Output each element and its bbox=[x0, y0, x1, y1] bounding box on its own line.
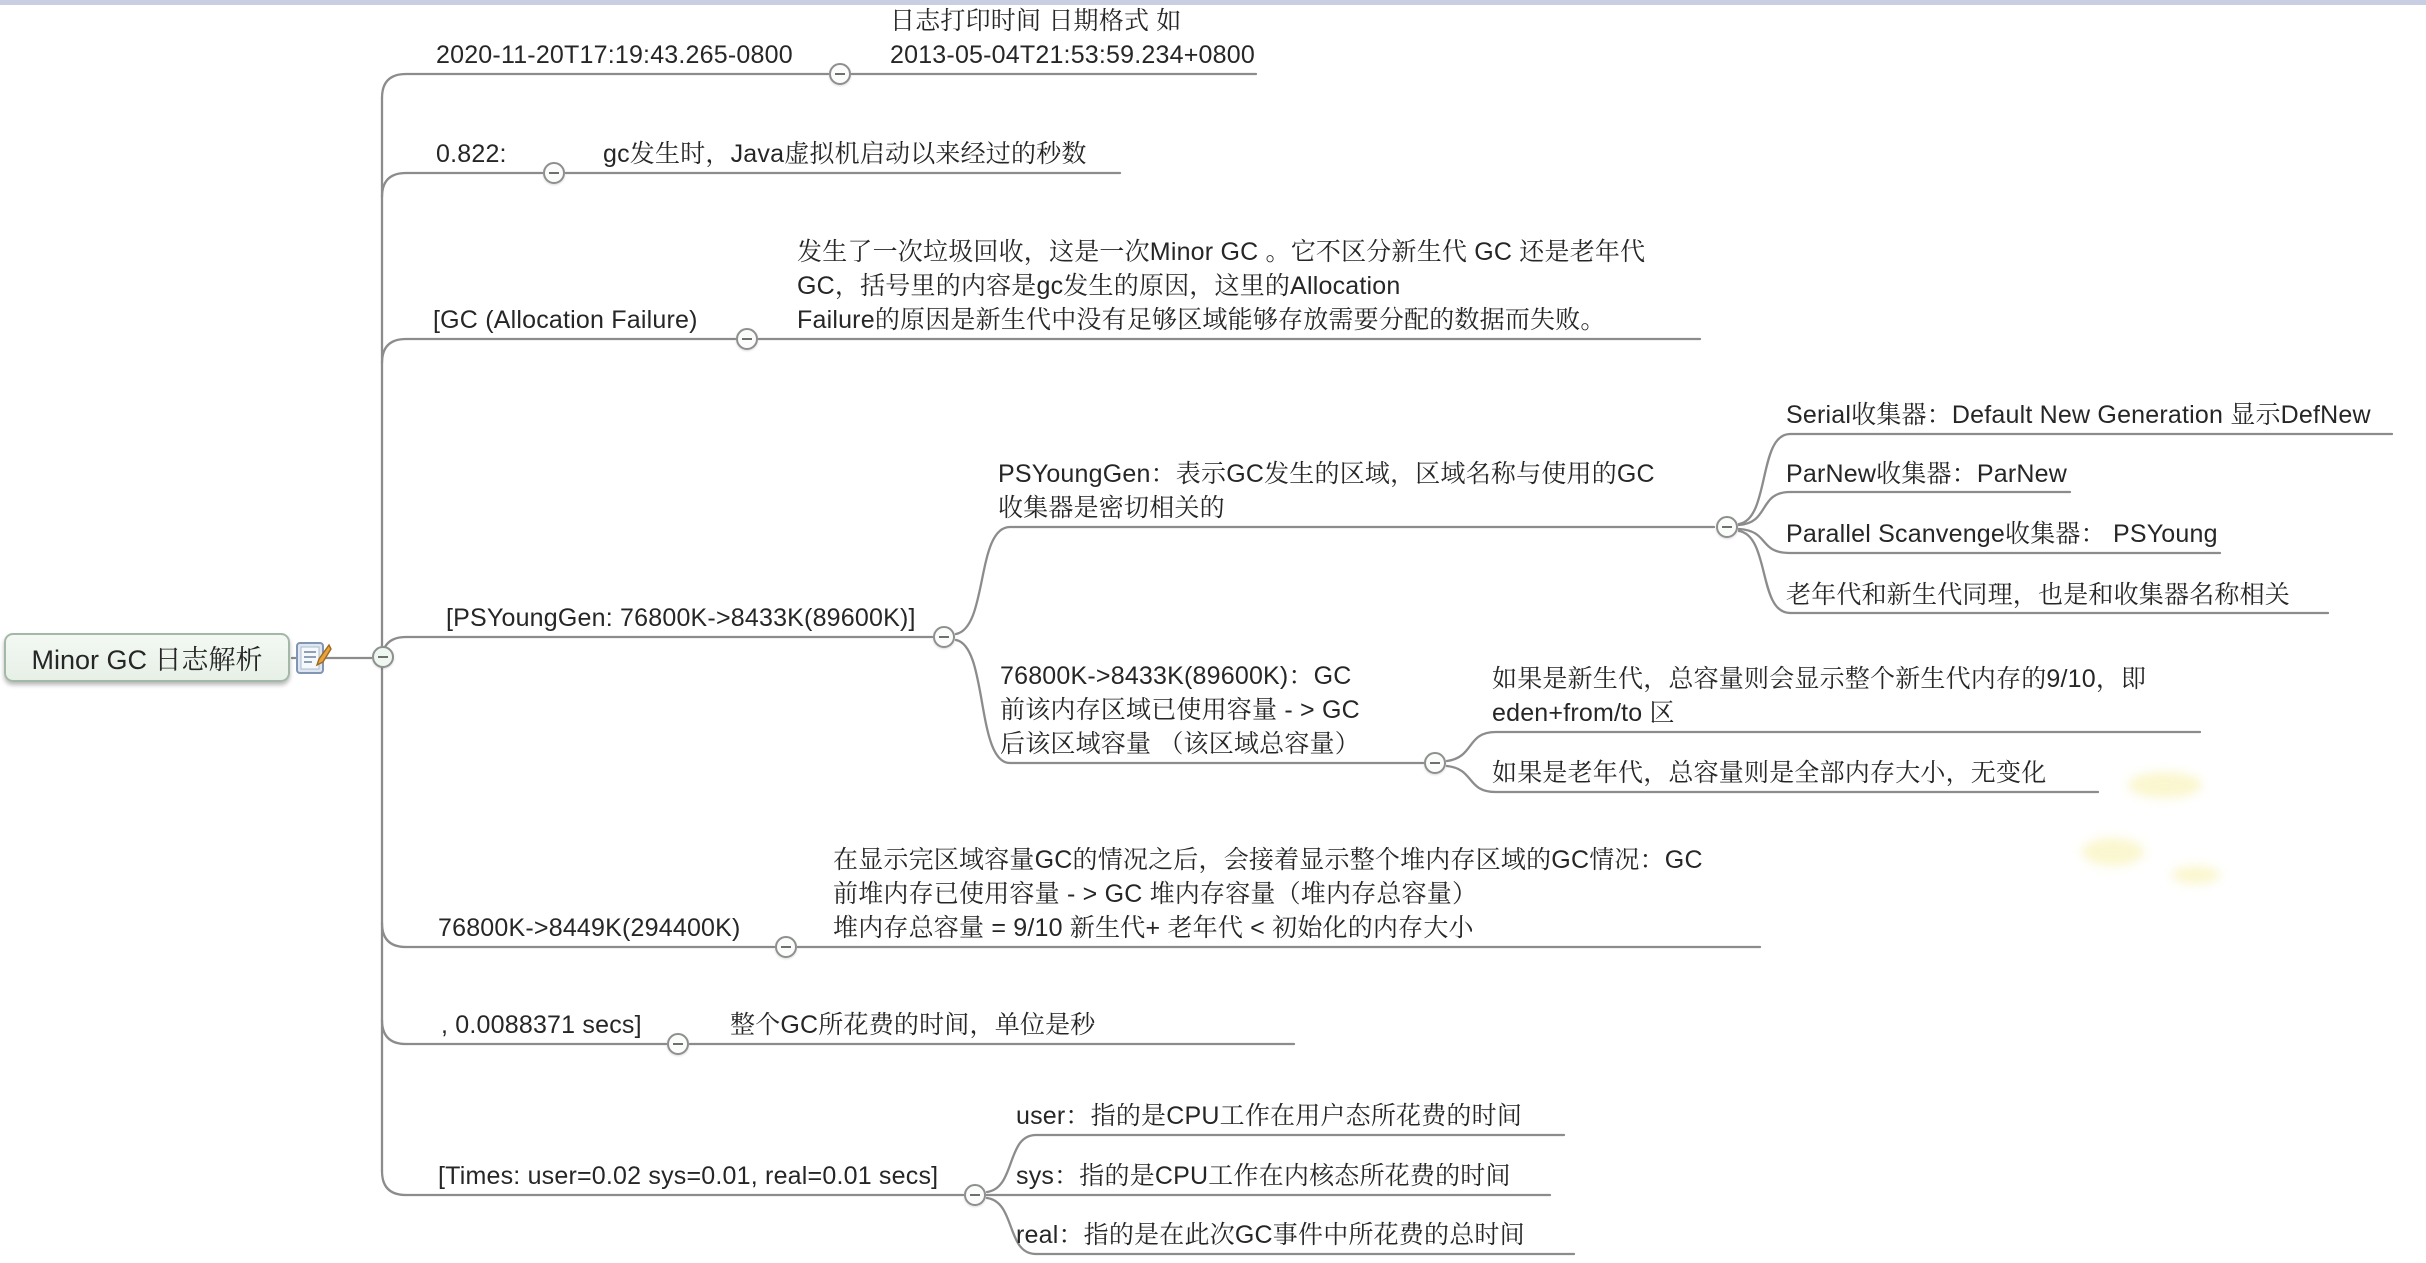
topic-heap[interactable]: 76800K->8449K(294400K) bbox=[438, 911, 741, 945]
connector-timestamp bbox=[382, 74, 828, 98]
topic-old-total[interactable]: 如果是老年代，总容量则是全部内存大小，无变化 bbox=[1492, 756, 2046, 790]
topic-times[interactable]: [Times: user=0.02 sys=0.01, real=0.01 se… bbox=[438, 1159, 938, 1193]
collapse-button-gc-type[interactable] bbox=[736, 328, 758, 350]
root-topic[interactable]: Minor GC 日志解析 bbox=[4, 633, 290, 682]
topic-times-user[interactable]: user：指的是CPU工作在用户态所花费的时间 bbox=[1016, 1099, 1522, 1133]
collapse-button-timestamp[interactable] bbox=[829, 63, 851, 85]
topic-collector-parnew[interactable]: ParNew收集器：ParNew bbox=[1786, 457, 2067, 491]
topic-collector-oldgen[interactable]: 老年代和新生代同理，也是和收集器名称相关 bbox=[1786, 578, 2290, 612]
minus-icon bbox=[970, 1194, 980, 1196]
topic-region-desc[interactable]: PSYoungGen：表示GC发生的区域，区域名称与使用的GC 收集器是密切相关… bbox=[998, 457, 1655, 525]
collapse-button-times[interactable] bbox=[964, 1184, 986, 1206]
topic-psyounggen[interactable]: [PSYoungGen: 76800K->8433K(89600K)] bbox=[446, 601, 916, 635]
topic-timestamp-desc[interactable]: 日志打印时间 日期格式 如 2013-05-04T21:53:59.234+08… bbox=[890, 4, 1255, 72]
topic-duration-desc[interactable]: 整个GC所花费的时间，单位是秒 bbox=[730, 1008, 1096, 1042]
minus-icon bbox=[835, 73, 845, 75]
connector-uptime bbox=[382, 173, 542, 197]
minus-icon bbox=[939, 636, 949, 638]
collapse-button-capacity-desc[interactable] bbox=[1424, 752, 1446, 774]
collapse-button-root[interactable] bbox=[372, 646, 394, 668]
collapse-button-heap[interactable] bbox=[775, 936, 797, 958]
minus-icon bbox=[673, 1043, 683, 1045]
topic-capacity-desc[interactable]: 76800K->8433K(89600K)：GC 前该内存区域已使用容量 - >… bbox=[1000, 659, 1360, 761]
minus-icon bbox=[1722, 526, 1732, 528]
topic-heap-desc[interactable]: 在显示完区域容量GC的情况之后，会接着显示整个堆内存区域的GC情况：GC 前堆内… bbox=[833, 843, 1703, 945]
connector-gc-type bbox=[382, 339, 735, 363]
topic-times-sys[interactable]: sys：指的是CPU工作在内核态所花费的时间 bbox=[1016, 1159, 1511, 1193]
collapse-button-duration[interactable] bbox=[667, 1033, 689, 1055]
minus-icon bbox=[378, 656, 388, 658]
topic-timestamp[interactable]: 2020-11-20T17:19:43.265-0800 bbox=[436, 38, 793, 72]
topic-collector-serial[interactable]: Serial收集器：Default New Generation 显示DefNe… bbox=[1786, 398, 2371, 432]
topic-gc-type[interactable]: [GC (Allocation Failure) bbox=[433, 303, 698, 337]
minus-icon bbox=[549, 172, 559, 174]
minus-icon bbox=[781, 946, 791, 948]
mindmap-connectors bbox=[0, 0, 2426, 1263]
highlight-smudge bbox=[2128, 772, 2202, 798]
collapse-button-psyounggen[interactable] bbox=[933, 626, 955, 648]
connector-psyounggen bbox=[382, 637, 932, 661]
topic-gc-type-desc[interactable]: 发生了一次垃圾回收，这是一次Minor GC 。它不区分新生代 GC 还是老年代… bbox=[797, 235, 1645, 337]
collapse-button-region-desc[interactable] bbox=[1716, 516, 1738, 538]
collapse-button-uptime[interactable] bbox=[543, 162, 565, 184]
highlight-smudge bbox=[2082, 838, 2144, 866]
topic-times-real[interactable]: real：指的是在此次GC事件中所花费的总时间 bbox=[1016, 1218, 1525, 1252]
topic-uptime-desc[interactable]: gc发生时，Java虚拟机启动以来经过的秒数 bbox=[603, 137, 1087, 171]
root-topic-label: Minor GC 日志解析 bbox=[31, 638, 262, 677]
connector-region-desc bbox=[956, 527, 1714, 634]
topic-duration[interactable]: , 0.0088371 secs] bbox=[441, 1008, 642, 1042]
mindmap-canvas: { "app": { "top_strip_color": "#c9cfe2",… bbox=[0, 0, 2426, 1263]
minus-icon bbox=[1430, 762, 1440, 764]
minus-icon bbox=[742, 338, 752, 340]
topic-young-total[interactable]: 如果是新生代，总容量则会显示整个新生代内存的9/10，即 eden+from/t… bbox=[1492, 662, 2146, 730]
highlight-smudge bbox=[2172, 866, 2220, 884]
notes-icon[interactable] bbox=[296, 641, 332, 675]
topic-uptime[interactable]: 0.822: bbox=[436, 137, 507, 171]
topic-collector-parallel[interactable]: Parallel Scanvenge收集器： PSYoung bbox=[1786, 517, 2218, 551]
